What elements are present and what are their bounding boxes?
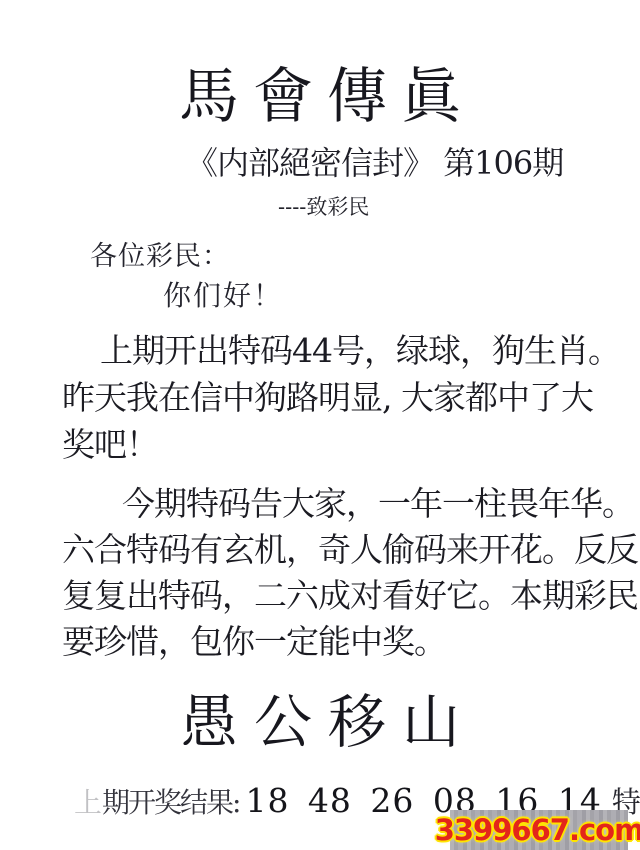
watermark-strip: 3399667.com bbox=[450, 810, 628, 850]
issue-subtitle: 《内部絕密信封》 第106期 bbox=[186, 142, 563, 184]
dedication-line: ----致彩民 bbox=[278, 194, 369, 220]
paragraph2-line4: 要珍惜，包你一定能中奖。 bbox=[62, 616, 446, 663]
site-watermark: 3399667.com bbox=[435, 813, 640, 847]
paragraph2-line3: 复复出特码，二六成对看好它。本期彩民 bbox=[62, 570, 638, 617]
salutation-line: 你们好！ bbox=[163, 274, 283, 314]
paragraph1-line3: 奖吧！ bbox=[62, 419, 158, 466]
paragraph1-line1: 上期开出特码44号，绿球，狗生肖。 bbox=[100, 325, 620, 372]
results-label: 期开奖结果: bbox=[102, 786, 239, 819]
results-prefix: 上 bbox=[74, 786, 102, 819]
signature-name: 愚公移山 bbox=[0, 691, 640, 753]
masthead-title: 馬會傳眞 bbox=[0, 60, 640, 134]
paragraph1-line2: 昨天我在信中狗路明显, 大家都中了大 bbox=[62, 372, 593, 419]
paragraph2-line2: 六合特码有玄机，奇人偷码来开花。反反 bbox=[62, 524, 638, 571]
paragraph2-line1: 今期特码告大家，一年一柱畏年华。 bbox=[122, 478, 634, 525]
greeting-line: 各位彩民： bbox=[90, 234, 230, 273]
fax-document-page: 馬會傳眞 《内部絕密信封》 第106期 ----致彩民 各位彩民： 你们好！ 上… bbox=[0, 0, 640, 850]
